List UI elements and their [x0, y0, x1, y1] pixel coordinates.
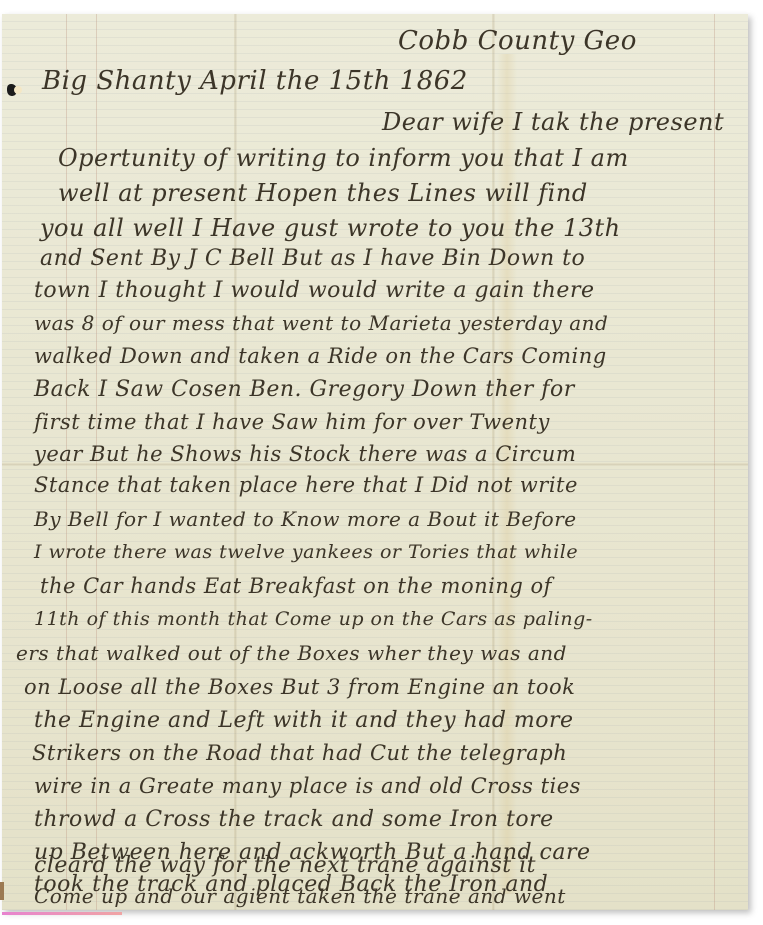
letter-line: I wrote there was twelve yankees or Tori… — [34, 541, 578, 563]
letter-line: Stance that taken place here that I Did … — [34, 473, 578, 497]
heading-location: Cobb County Geo — [398, 26, 637, 56]
pin-hole-icon — [7, 84, 23, 100]
letter-page: Cobb County Geo Big Shanty April the 15t… — [2, 14, 748, 910]
letter-line: Opertunity of writing to inform you that… — [58, 144, 629, 172]
letter-line: Strikers on the Road that had Cut the te… — [32, 741, 567, 765]
letter-line: wire in a Greate many place is and old C… — [34, 774, 581, 798]
letter-line: and Sent By J C Bell But as I have Bin D… — [40, 246, 585, 271]
letter-line: Dear wife I tak the present — [382, 108, 724, 136]
letter-line: on Loose all the Boxes But 3 from Engine… — [24, 675, 575, 699]
letter-line: walked Down and taken a Ride on the Cars… — [34, 344, 607, 368]
letter-line: well at present Hopen thes Lines will fi… — [58, 179, 588, 207]
letter-line: the Car hands Eat Breakfast on the monin… — [40, 574, 552, 598]
letter-line: Back I Saw Cosen Ben. Gregory Down ther … — [34, 377, 575, 402]
letter-line: By Bell for I wanted to Know more a Bout… — [34, 507, 577, 531]
letter-line: Come up and our agient taken the trane a… — [34, 884, 566, 908]
letter-line: town I thought I would would write a gai… — [34, 278, 594, 303]
scan-edge-mark — [0, 882, 4, 900]
letter-line: you all well I Have gust wrote to you th… — [40, 214, 621, 242]
letter-line: ers that walked out of the Boxes wher th… — [16, 641, 567, 665]
letter-line: year But he Shows his Stock there was a … — [34, 442, 576, 466]
letter-line: 11th of this month that Come up on the C… — [34, 608, 593, 630]
letter-line: throwd a Cross the track and some Iron t… — [34, 807, 554, 832]
dateline: Big Shanty April the 15th 1862 — [42, 66, 468, 96]
letter-line: cleard the way for the next trane agains… — [34, 853, 536, 878]
letter-line: was 8 of our mess that went to Marieta y… — [34, 311, 608, 335]
margin-line — [714, 14, 715, 910]
letter-line: first time that I have Saw him for over … — [34, 410, 550, 434]
letter-line: the Engine and Left with it and they had… — [34, 708, 574, 733]
scan-edge-mark — [2, 912, 122, 915]
